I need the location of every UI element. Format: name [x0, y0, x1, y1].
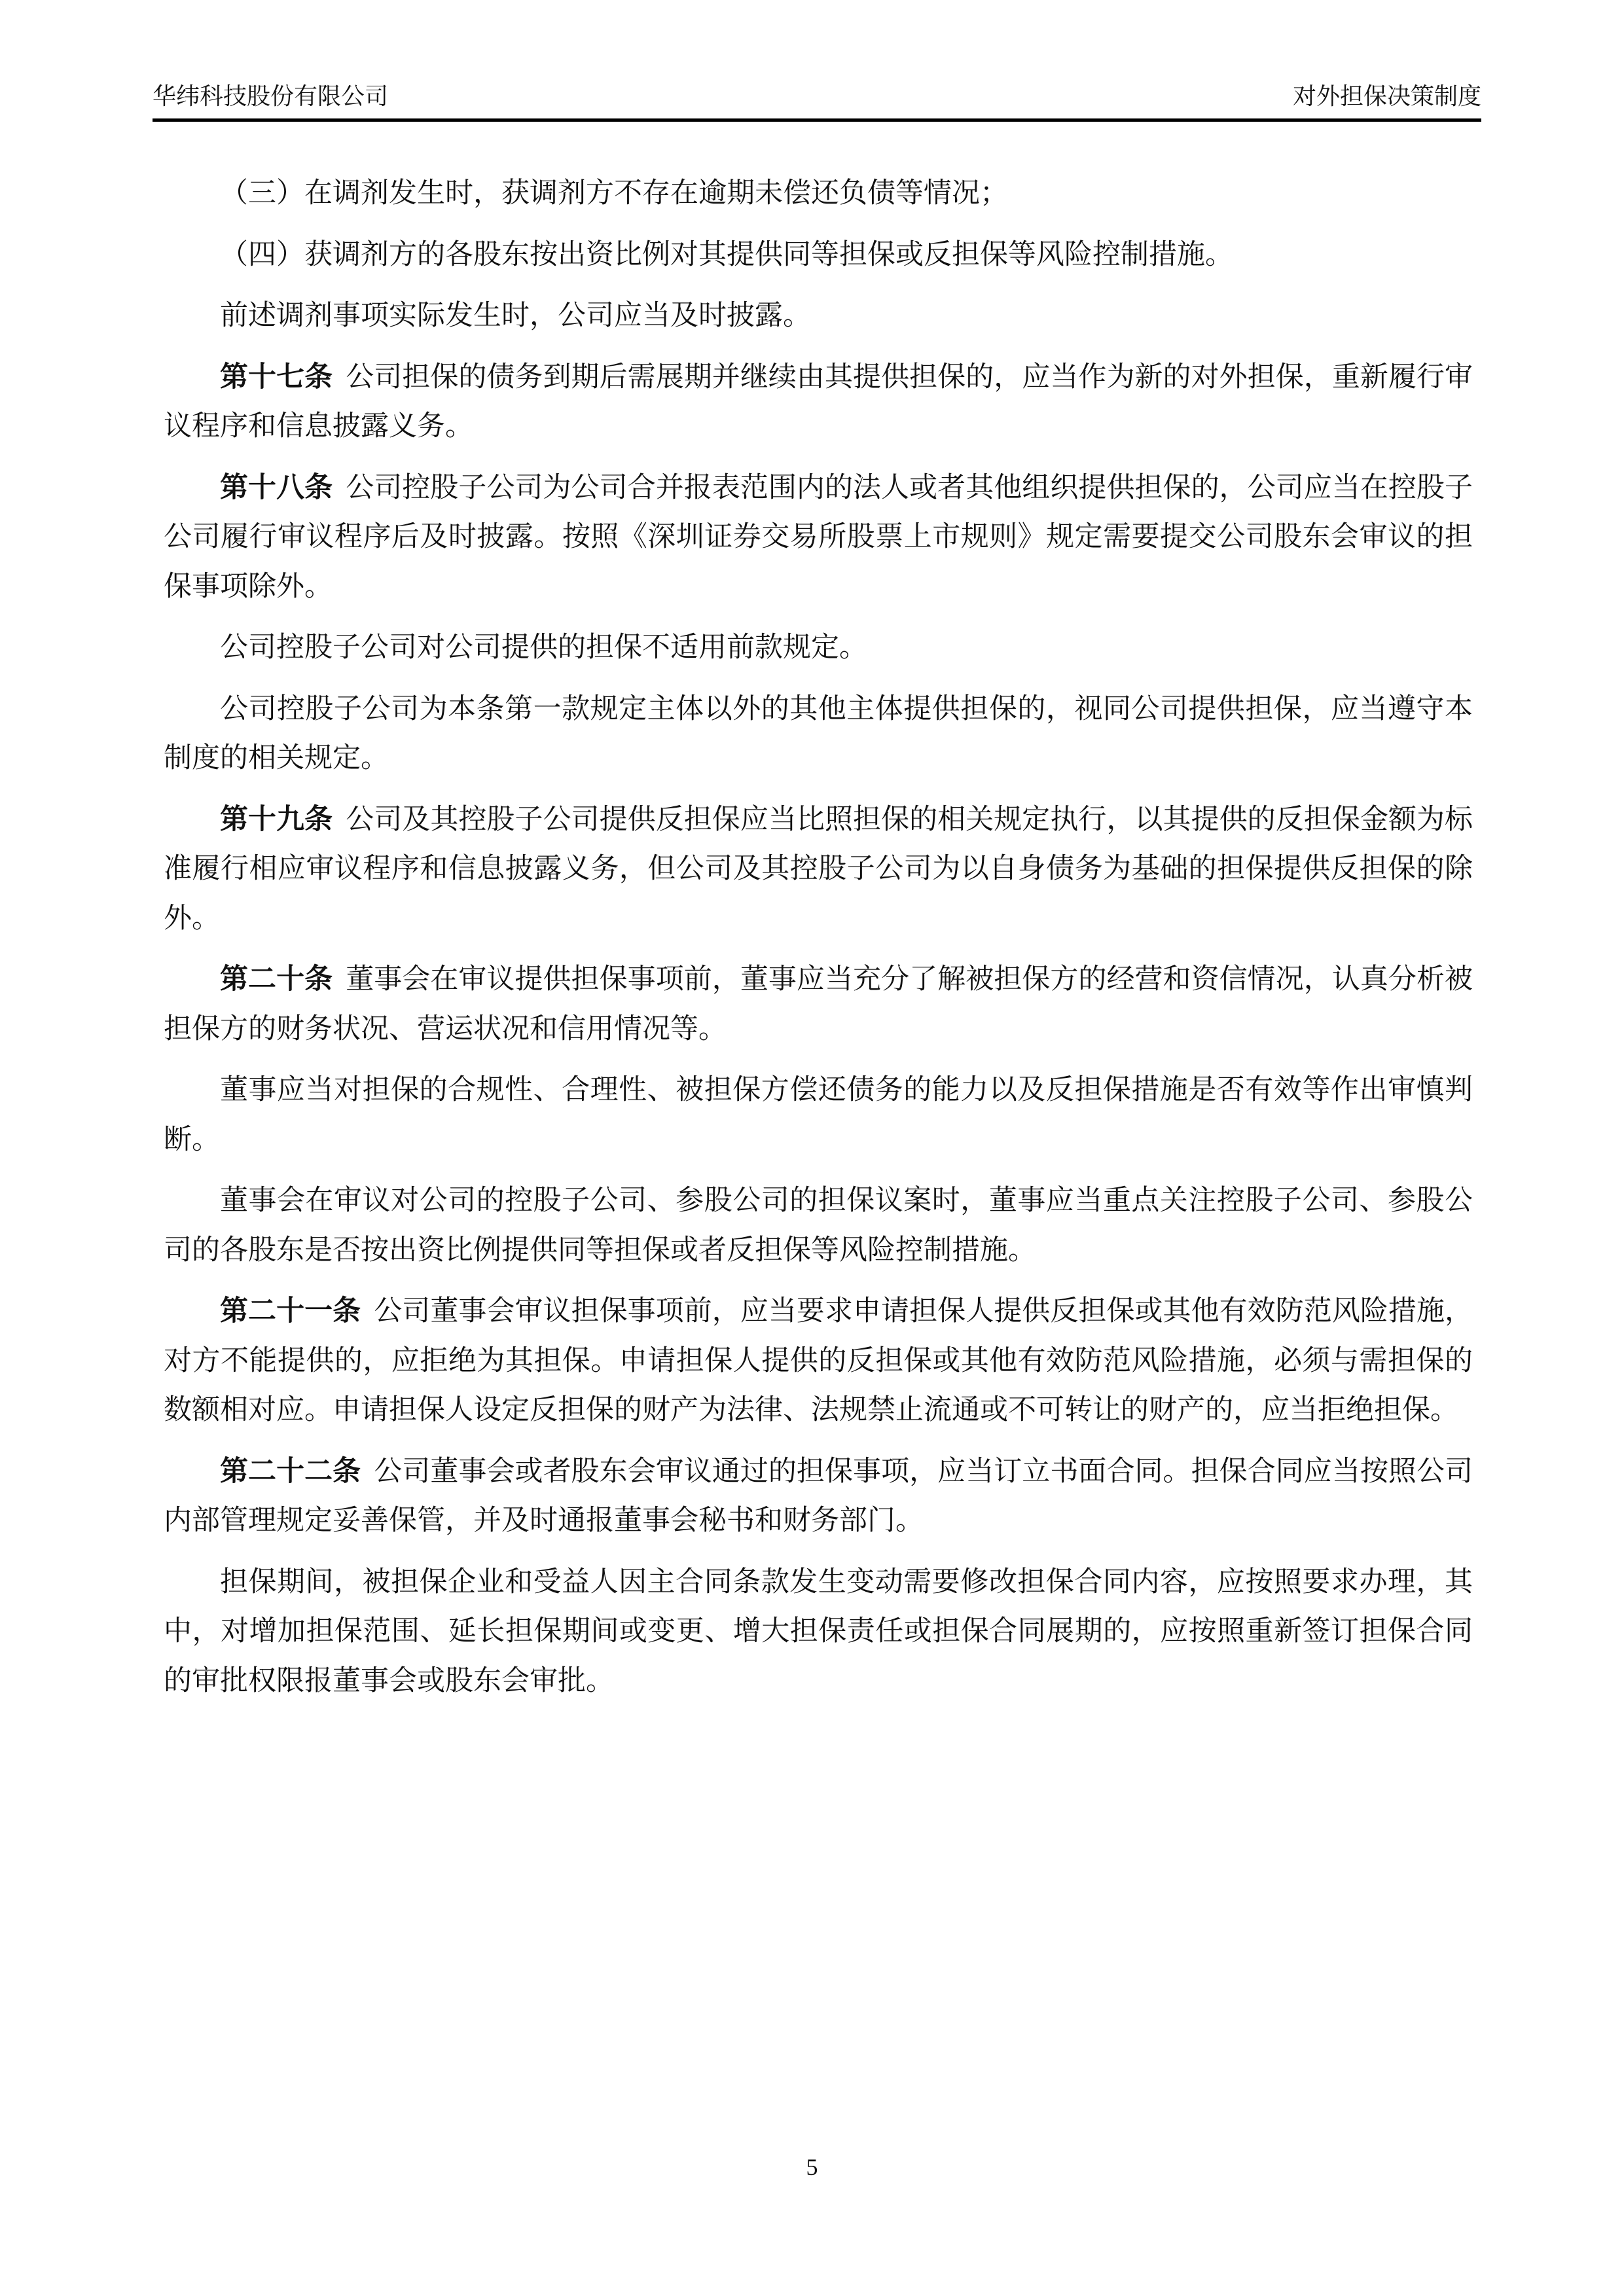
- paragraph-text: 前述调剂事项实际发生时，公司应当及时披露。: [220, 299, 811, 332]
- paragraph-text: （三）在调剂发生时，获调剂方不存在逾期未偿还负债等情况；: [220, 177, 1008, 209]
- article-number: 第二十一条: [220, 1295, 361, 1327]
- article-18: 第十八条公司控股子公司为公司合并报表范围内的法人或者其他组织提供担保的，公司应当…: [164, 463, 1473, 612]
- article-number: 第二十二条: [220, 1455, 361, 1488]
- article-number: 第十七条: [220, 361, 333, 393]
- paragraph: 担保期间，被担保企业和受益人因主合同条款发生变动需要修改担保合同内容，应按照要求…: [164, 1558, 1473, 1706]
- paragraph: （三）在调剂发生时，获调剂方不存在逾期未偿还负债等情况；: [164, 169, 1473, 219]
- paragraph: （四）获调剂方的各股东按出资比例对其提供同等担保或反担保等风险控制措施。: [164, 230, 1473, 280]
- article-21: 第二十一条公司董事会审议担保事项前，应当要求申请担保人提供反担保或其他有效防范风…: [164, 1287, 1473, 1435]
- article-19: 第十九条公司及其控股子公司提供反担保应当比照担保的相关规定执行，以其提供的反担保…: [164, 795, 1473, 944]
- paragraph: 公司控股子公司为本条第一款规定主体以外的其他主体提供担保的，视同公司提供担保，应…: [164, 685, 1473, 783]
- paragraph-text: 担保期间，被担保企业和受益人因主合同条款发生变动需要修改担保合同内容，应按照要求…: [164, 1566, 1473, 1697]
- paragraph-text: 董事会在审议提供担保事项前，董事应当充分了解被担保方的经营和资信情况，认真分析被…: [164, 963, 1473, 1045]
- article-number: 第十八条: [220, 471, 333, 504]
- paragraph-text: 公司及其控股子公司提供反担保应当比照担保的相关规定执行，以其提供的反担保金额为标…: [164, 803, 1473, 935]
- header-divider: [153, 118, 1481, 122]
- article-22: 第二十二条公司董事会或者股东会审议通过的担保事项，应当订立书面合同。担保合同应当…: [164, 1447, 1473, 1546]
- paragraph-text: 董事会在审议对公司的控股子公司、参股公司的担保议案时，董事应当重点关注控股子公司…: [164, 1184, 1473, 1266]
- article-number: 第十九条: [220, 803, 333, 836]
- paragraph-text: 公司控股子公司对公司提供的担保不适用前款规定。: [220, 631, 867, 664]
- page-number: 5: [0, 2153, 1624, 2181]
- article-20: 第二十条董事会在审议提供担保事项前，董事应当充分了解被担保方的经营和资信情况，认…: [164, 955, 1473, 1054]
- paragraph-text: 公司控股子公司为本条第一款规定主体以外的其他主体提供担保的，视同公司提供担保，应…: [164, 692, 1473, 775]
- header-document-title: 对外担保决策制度: [1293, 77, 1481, 117]
- article-number: 第二十条: [220, 963, 333, 996]
- paragraph: 董事应当对担保的合规性、合理性、被担保方偿还债务的能力以及反担保措施是否有效等作…: [164, 1066, 1473, 1164]
- paragraph: 董事会在审议对公司的控股子公司、参股公司的担保议案时，董事应当重点关注控股子公司…: [164, 1176, 1473, 1275]
- page-header: 华纬科技股份有限公司 对外担保决策制度: [153, 77, 1481, 117]
- paragraph: 前述调剂事项实际发生时，公司应当及时披露。: [164, 291, 1473, 341]
- paragraph-text: 董事应当对担保的合规性、合理性、被担保方偿还债务的能力以及反担保措施是否有效等作…: [164, 1073, 1473, 1156]
- article-17: 第十七条公司担保的债务到期后需展期并继续由其提供担保的，应当作为新的对外担保，重…: [164, 353, 1473, 452]
- paragraph-text: 公司控股子公司为公司合并报表范围内的法人或者其他组织提供担保的，公司应当在控股子…: [164, 471, 1473, 603]
- paragraph-text: （四）获调剂方的各股东按出资比例对其提供同等担保或反担保等风险控制措施。: [220, 238, 1233, 271]
- paragraph-text: 公司担保的债务到期后需展期并继续由其提供担保的，应当作为新的对外担保，重新履行审…: [164, 361, 1473, 443]
- header-company-name: 华纬科技股份有限公司: [153, 77, 388, 117]
- document-body: （三）在调剂发生时，获调剂方不存在逾期未偿还负债等情况； （四）获调剂方的各股东…: [164, 169, 1473, 1717]
- paragraph: 公司控股子公司对公司提供的担保不适用前款规定。: [164, 623, 1473, 673]
